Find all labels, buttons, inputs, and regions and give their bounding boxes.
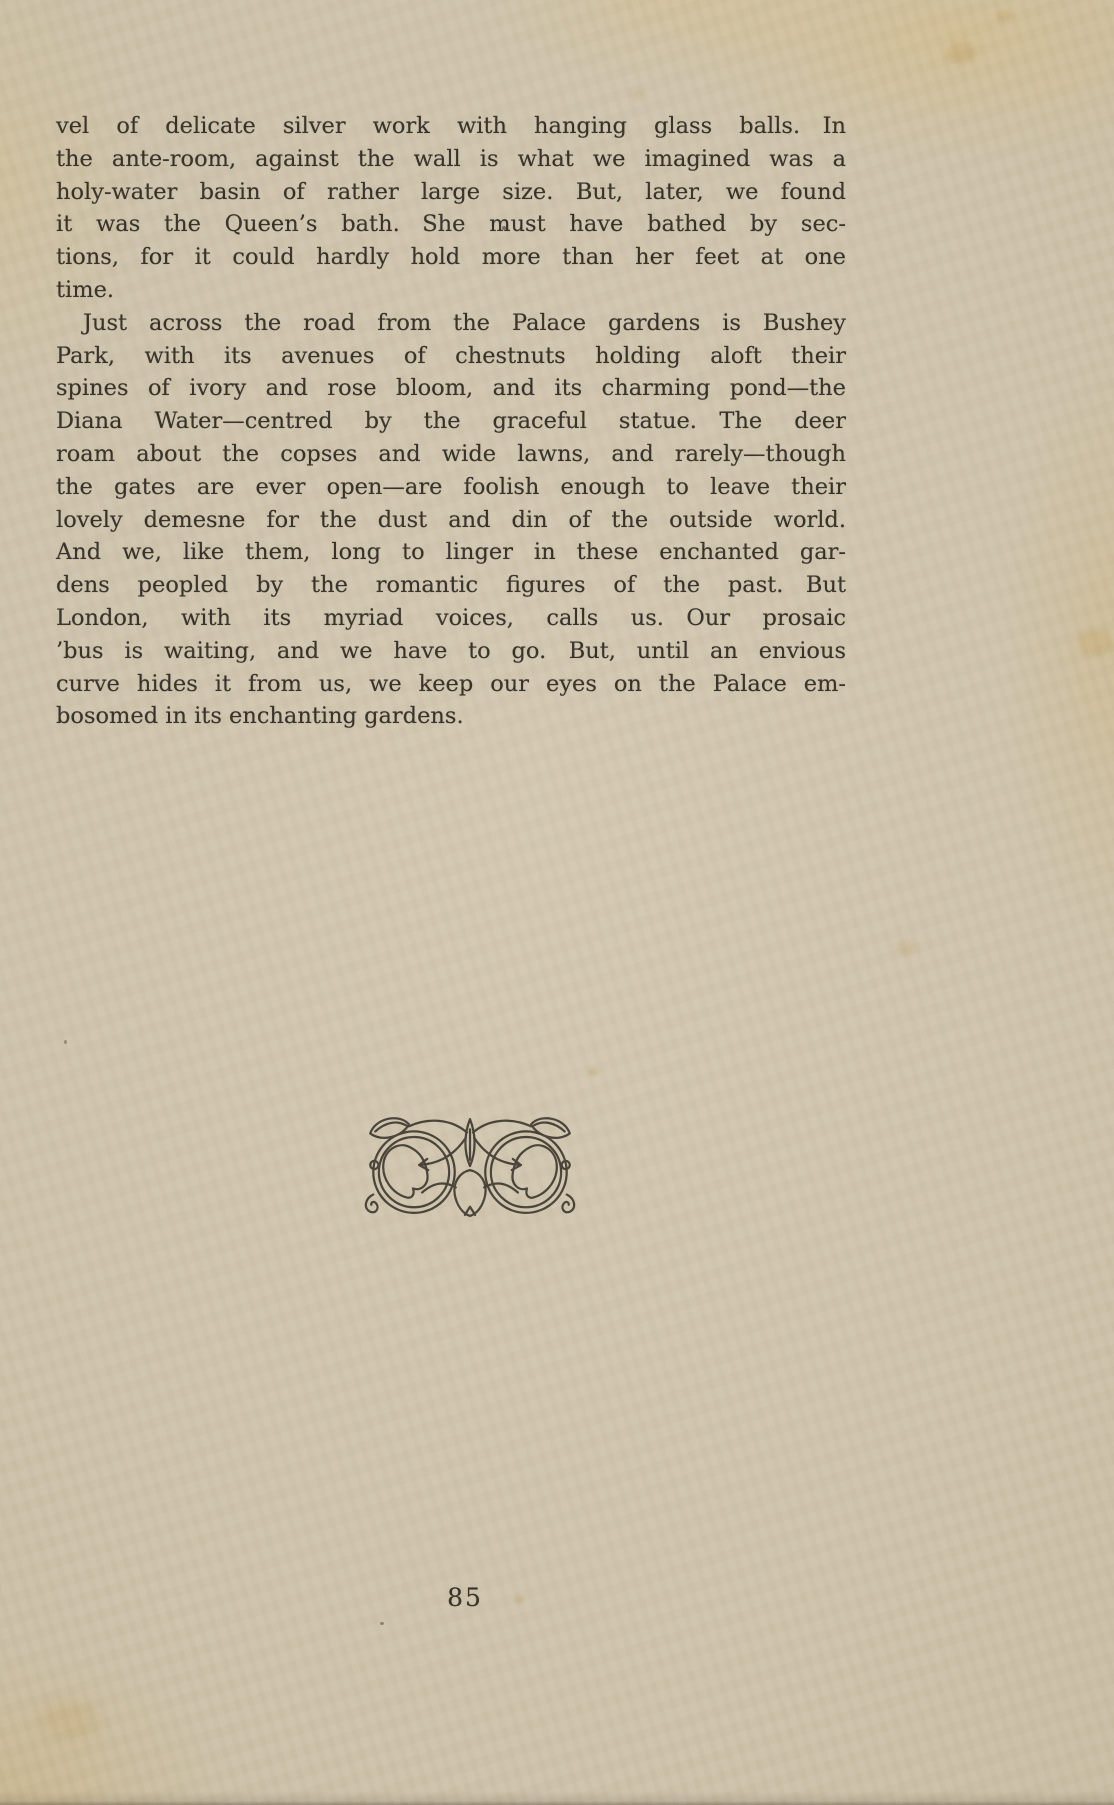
- text-line: lovely demesne for the dust and din of t…: [56, 504, 846, 537]
- text-line: ’bus is waiting, and we have to go. But,…: [56, 635, 846, 668]
- ink-speck: [502, 226, 506, 230]
- paper-stain: [632, 90, 644, 100]
- text-line: roam about the copses and wide lawns, an…: [56, 438, 846, 471]
- text-line: dens peopled by the romantic figures of …: [56, 569, 846, 602]
- paper-stain: [588, 1068, 598, 1076]
- text-line: the gates are ever open—are foolish enou…: [56, 471, 846, 504]
- text-line: vel of delicate silver work with hanging…: [56, 110, 846, 143]
- floral-ornament-icon: [358, 1106, 582, 1224]
- text-line: holy-water basin of rather large size. B…: [56, 176, 846, 209]
- book-page: vel of delicate silver work with hanging…: [0, 0, 1114, 1805]
- ink-speck: [380, 1622, 384, 1625]
- text-line: time.: [56, 274, 846, 307]
- paper-stain: [896, 940, 916, 956]
- text-line: Park, with its avenues of chestnuts hold…: [56, 340, 846, 373]
- paper-stain: [1078, 630, 1112, 656]
- body-text: vel of delicate silver work with hanging…: [56, 110, 846, 733]
- scan-edge-shadow: [0, 1791, 1114, 1805]
- text-line: Diana Water—centred by the graceful stat…: [56, 405, 846, 438]
- text-line: London, with its myriad voices, calls us…: [56, 602, 846, 635]
- text-line: curve hides it from us, we keep our eyes…: [56, 668, 846, 701]
- text-line: the ante-room, against the wall is what …: [56, 143, 846, 176]
- text-line: bosomed in its enchanting gardens.: [56, 700, 846, 733]
- text-line-paragraph-start: Just across the road from the Palace gar…: [56, 307, 846, 340]
- text-line: it was the Queen’s bath. She must have b…: [56, 208, 846, 241]
- paper-stain: [40, 1700, 100, 1740]
- text-line: spines of ivory and rose bloom, and its …: [56, 372, 846, 405]
- text-line: And we, like them, long to linger in the…: [56, 536, 846, 569]
- page-number: 85: [70, 1583, 860, 1612]
- text-line: tions, for it could hardly hold more tha…: [56, 241, 846, 274]
- paper-stain: [996, 10, 1012, 22]
- paper-stain: [946, 42, 976, 64]
- paper-stain: [514, 1596, 524, 1604]
- ink-speck: [64, 1040, 67, 1044]
